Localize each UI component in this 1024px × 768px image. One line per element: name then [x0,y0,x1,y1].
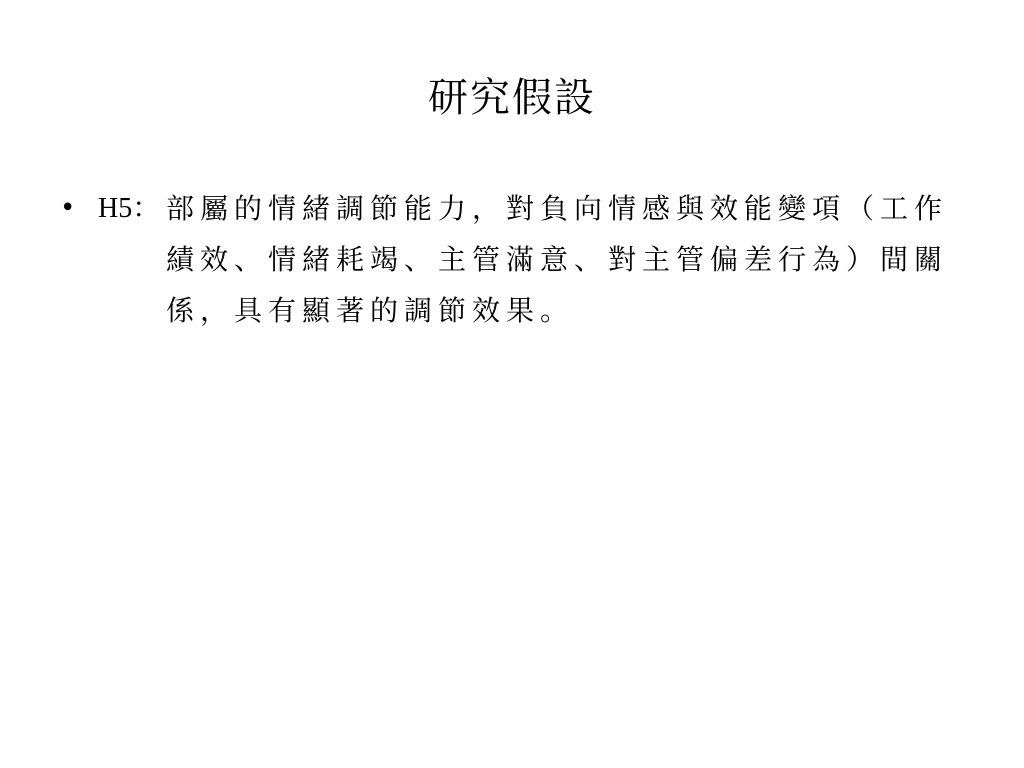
hypothesis-text: 部屬的情緒調節能力，對負向情感與效能變項（工作績效、情緒耗竭、主管滿意、對主管偏… [166,183,968,336]
bullet-item-h5: • H5： 部屬的情緒調節能力，對負向情感與效能變項（工作績效、情緒耗竭、主管滿… [58,183,968,336]
bullet-dot-icon: • [60,183,81,234]
slide-title: 研究假設 [0,70,1024,126]
hypothesis-label: H5： [98,183,160,234]
bullet-list: • H5： 部屬的情緒調節能力，對負向情感與效能變項（工作績效、情緒耗竭、主管滿… [58,183,968,336]
